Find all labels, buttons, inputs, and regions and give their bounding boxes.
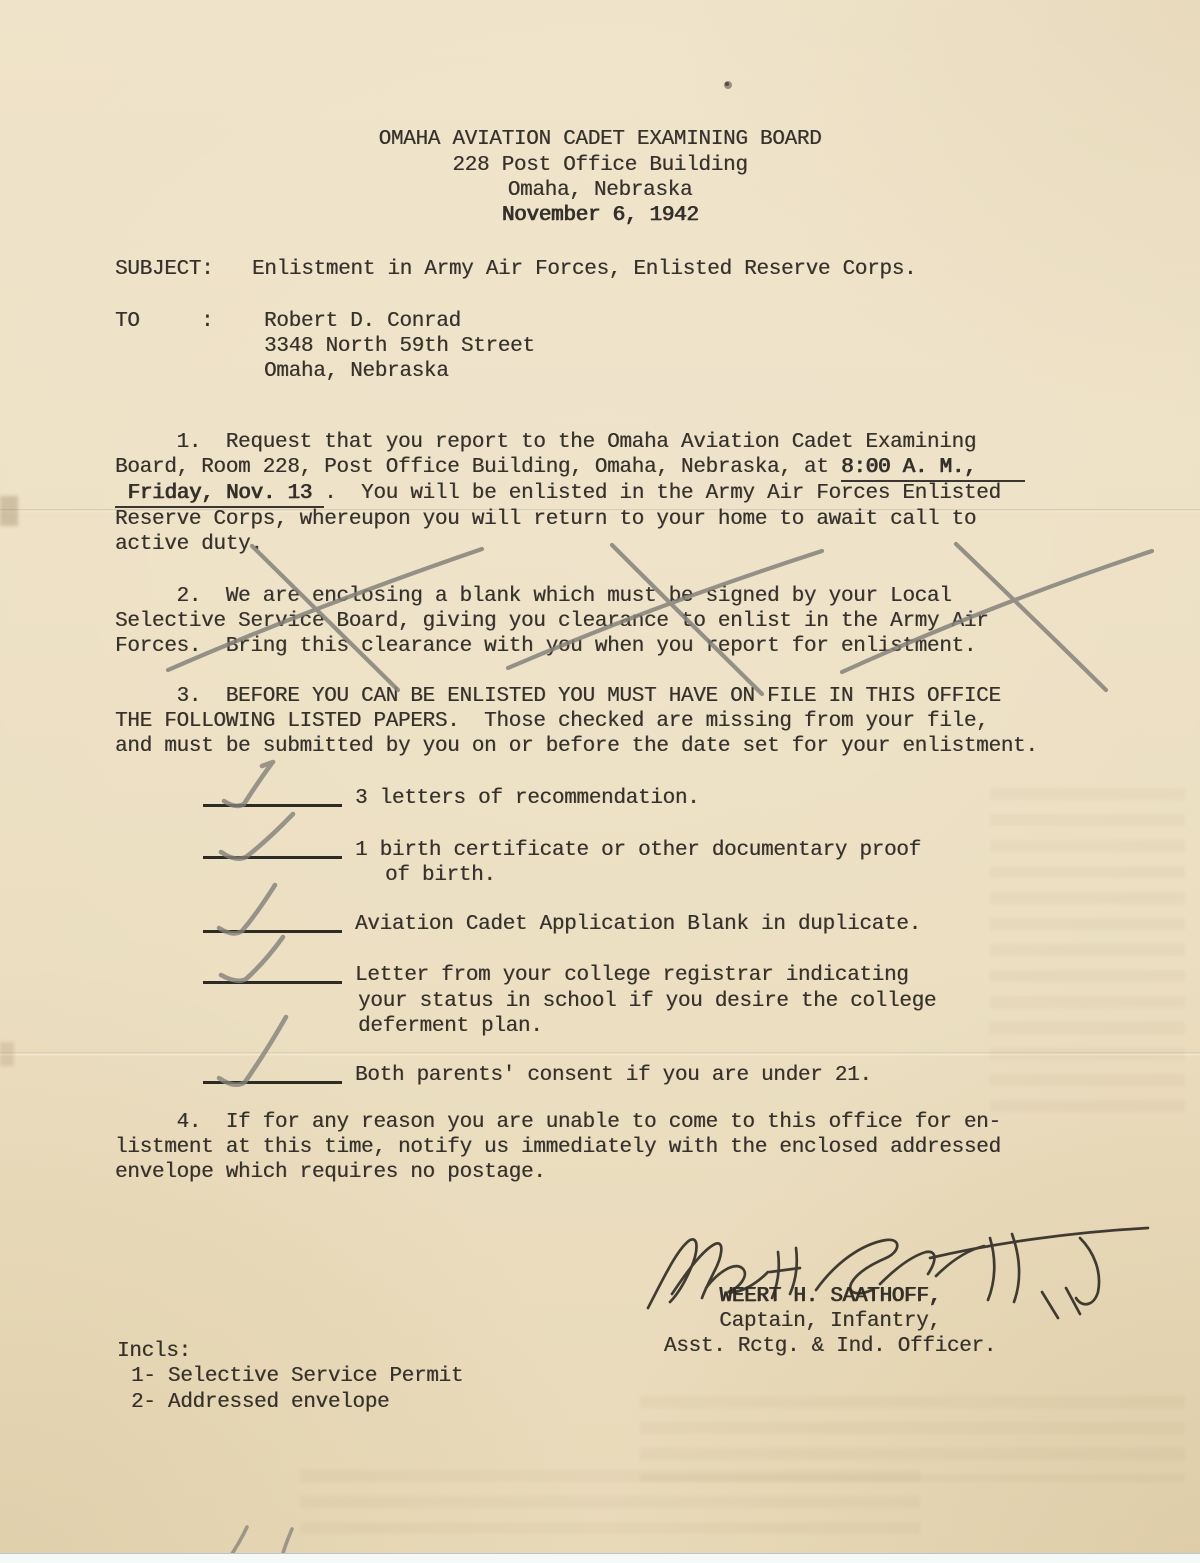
bleed-through-text [990, 788, 1185, 1118]
to-name: Robert D. Conrad [264, 309, 461, 334]
para4-line2: listment at this time, notify us immedia… [115, 1135, 1001, 1160]
letter-page: OMAHA AVIATION CADET EXAMINING BOARD 228… [0, 0, 1200, 1563]
checklist-item-4-line2: your status in school if you desire the … [358, 989, 936, 1014]
para4-line3: envelope which requires no postage. [115, 1160, 546, 1185]
bleed-through-text [300, 1470, 920, 1538]
checklist-item-2-text: 1 birth certificate or other documentary… [355, 839, 921, 862]
signature-title: Asst. Rctg. & Ind. Officer. [620, 1334, 1040, 1359]
para1-line2-pre: Board, Room 228, Post Office Building, O… [115, 456, 841, 479]
scan-edge-strip [0, 1553, 1200, 1563]
checklist-blank-line [203, 790, 342, 807]
fold-crease-bottom [0, 1052, 1200, 1056]
subject-label: SUBJECT: [115, 257, 213, 282]
checklist-item-4-line3: deferment plan. [358, 1014, 543, 1039]
para3-line2: THE FOLLOWING LISTED PAPERS. Those check… [115, 709, 988, 734]
checklist-item-2-line2: of birth. [385, 863, 496, 888]
underlined-report-time: 8:00 A. M., [841, 456, 1026, 482]
enclosures-label: Incls: [117, 1339, 191, 1364]
to-label: TO [115, 309, 140, 334]
checklist-item-2: 1 birth certificate or other documentary… [203, 838, 921, 863]
checklist-blank-line [203, 967, 342, 984]
ink-fleck [724, 81, 732, 89]
checklist-blank-line [203, 916, 342, 933]
enclosure-item-1: 1- Selective Service Permit [131, 1364, 463, 1389]
letterhead-org: OMAHA AVIATION CADET EXAMINING BOARD [0, 127, 1200, 152]
ink-fleck-core [725, 82, 729, 86]
para1-line4: Reserve Corps, whereupon you will return… [115, 507, 976, 532]
para2-line3: Forces. Bring this clearance with you wh… [115, 634, 976, 659]
to-street: 3348 North 59th Street [264, 334, 535, 359]
checklist-item-4: Letter from your college registrar indic… [203, 963, 909, 988]
signature-rank: Captain, Infantry, [620, 1309, 1040, 1334]
para3-line3: and must be submitted by you on or befor… [115, 734, 1038, 759]
checklist-item-5: Both parents' consent if you are under 2… [203, 1063, 872, 1088]
letterhead-address2: Omaha, Nebraska [0, 178, 1200, 203]
pencil-checkmark-1-hook [262, 762, 273, 766]
checklist-item-5-text: Both parents' consent if you are under 2… [355, 1064, 872, 1087]
para3-line1: 3. BEFORE YOU CAN BE ENLISTED YOU MUST H… [115, 684, 1001, 709]
para2-line2: Selective Service Board, giving you clea… [115, 609, 988, 634]
para1-line5: active duty. [115, 532, 263, 557]
para1-line1: 1. Request that you report to the Omaha … [115, 430, 976, 455]
subject-text: Enlistment in Army Air Forces, Enlisted … [252, 257, 916, 282]
para1-line2: Board, Room 228, Post Office Building, O… [115, 455, 1025, 480]
letterhead-address1: 228 Post Office Building [0, 153, 1200, 178]
checklist-item-1-text: 3 letters of recommendation. [355, 787, 699, 810]
checklist-item-4-text: Letter from your college registrar indic… [355, 964, 909, 987]
checklist-blank-line [203, 1067, 342, 1084]
bleed-through-text [640, 1396, 1185, 1482]
checklist-item-3: Aviation Cadet Application Blank in dupl… [203, 912, 921, 937]
enclosure-item-2: 2- Addressed envelope [131, 1390, 389, 1415]
para2-line1: 2. We are enclosing a blank which must b… [115, 584, 952, 609]
para4-line1: 4. If for any reason you are unable to c… [115, 1110, 1001, 1135]
left-edge-crease-shadow-2 [0, 1042, 14, 1066]
checklist-item-1: 3 letters of recommendation. [203, 786, 699, 811]
signature-typed-name: WEERT H. SAATHOFF, [620, 1284, 1040, 1309]
para1-line3-post: . You will be enlisted in the Army Air F… [324, 482, 1001, 505]
para1-line3: Friday, Nov. 13 . You will be enlisted i… [115, 481, 1001, 506]
underlined-report-date: Friday, Nov. 13 [115, 482, 324, 508]
checklist-blank-line [203, 842, 342, 859]
letterhead-date: November 6, 1942 [0, 203, 1200, 228]
left-edge-crease-shadow [0, 496, 18, 526]
to-colon: : [201, 309, 213, 334]
checklist-item-3-text: Aviation Cadet Application Blank in dupl… [355, 913, 921, 936]
to-city: Omaha, Nebraska [264, 359, 449, 384]
